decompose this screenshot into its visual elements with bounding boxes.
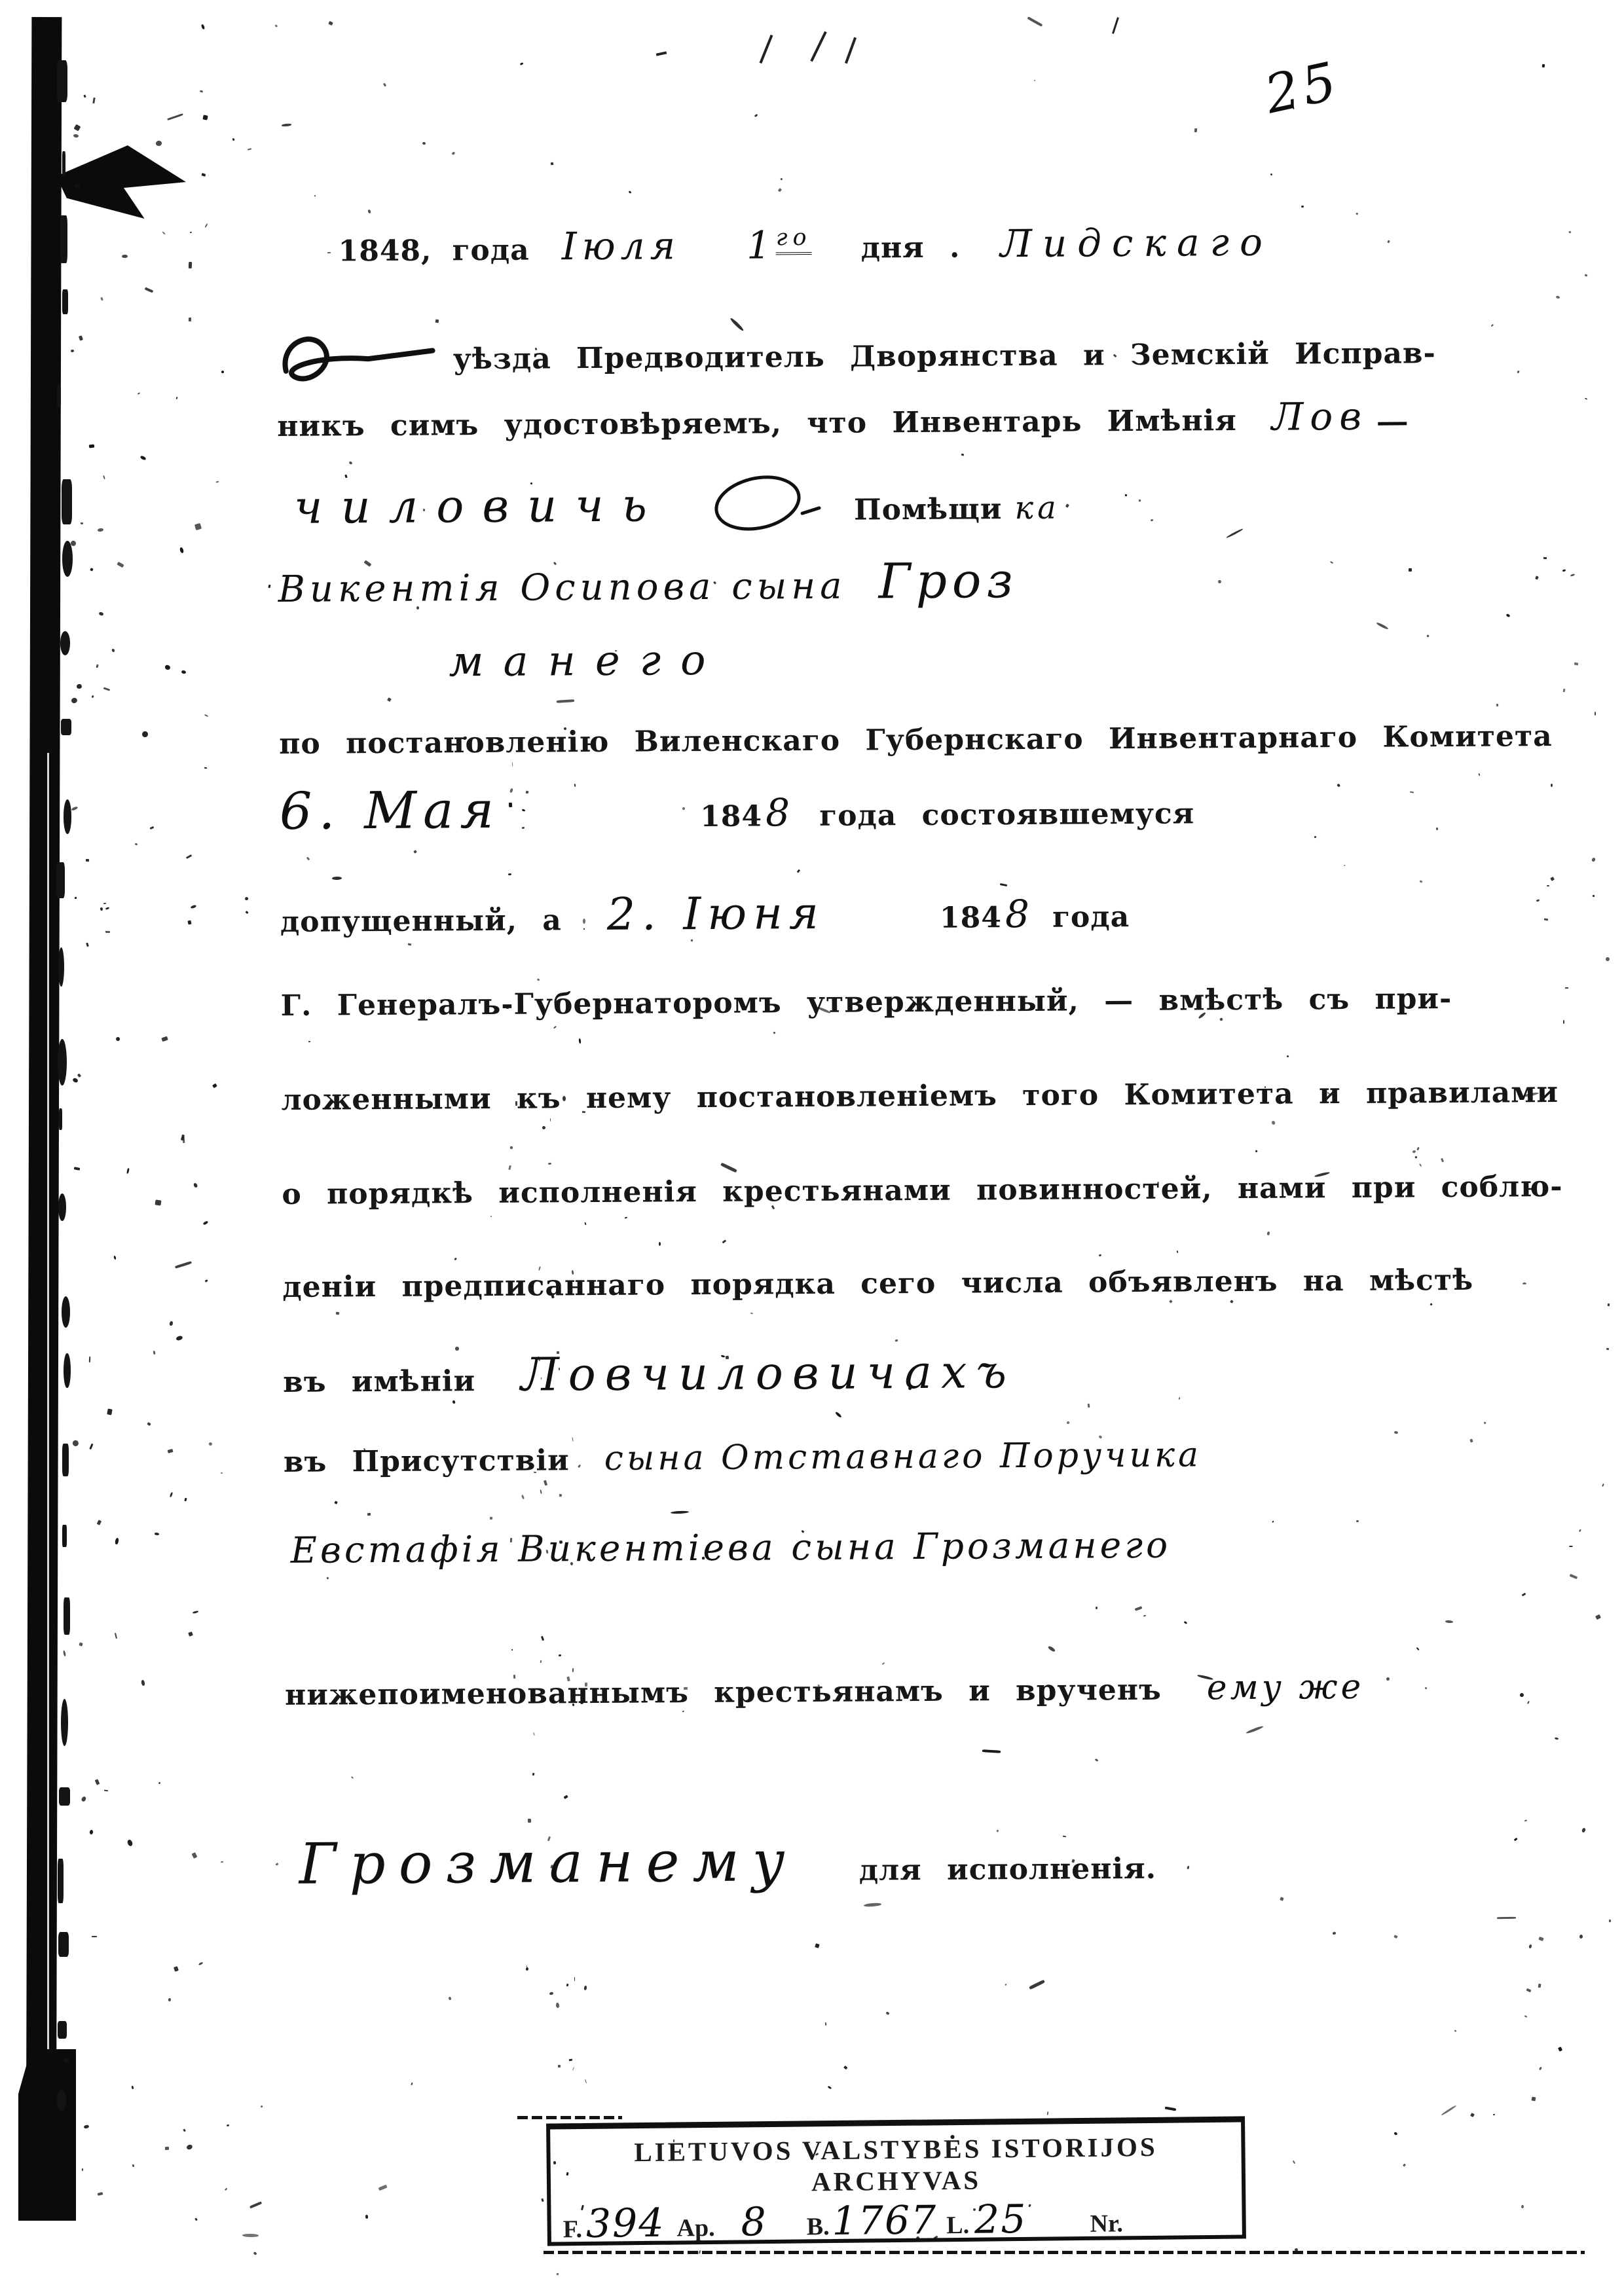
script-segment: Ловчиловичахъ — [521, 1349, 1016, 1398]
doc-line-3: никъ симъ удостовѣряемъ, что Инвентарь И… — [277, 397, 1407, 443]
doc-line-2: уѣзда Предводитель Дворянства и Земскій … — [276, 310, 1436, 390]
stamp-top-ink-smear — [517, 2116, 622, 2119]
script-segment: Викентія Осипова сына — [278, 568, 847, 608]
print-segment: ложенными къ нему постановленіемъ того К… — [281, 1077, 1559, 1116]
stamp-lapas-label: L. — [946, 2211, 969, 2240]
print-segment: 184 — [940, 902, 1002, 934]
pen-dash — [1378, 422, 1407, 425]
doc-line-17: нижепоименованнымъ крестьянамъ и врученъ… — [285, 1670, 1365, 1711]
doc-line-11: ложенными къ нему постановленіемъ того К… — [281, 1077, 1559, 1116]
stamp-title: LIETUVOS VALSTYBĖS ISTORIJOS ARCHYVAS — [550, 2130, 1242, 2200]
print-segment: нижепоименованнымъ крестьянамъ и врученъ — [285, 1675, 1162, 1712]
script-segment: Іюля — [562, 227, 681, 265]
stamp-byla-value: 1767 — [832, 2197, 937, 2244]
print-segment: года — [452, 235, 529, 267]
script-segment: 6. Мая — [280, 785, 501, 837]
pen-flourish — [276, 316, 441, 390]
print-segment: 1848, — [338, 236, 432, 268]
ink-oval-mark — [710, 470, 822, 536]
script-segment: Грозманему — [299, 1833, 798, 1893]
stamp-fond-value: 394 — [586, 2200, 665, 2247]
script-segment: 1го — [747, 226, 812, 264]
scanned-document-page: 25 1848, года Іюля 1го дня . Лидскаго уѣ… — [0, 0, 1624, 2296]
print-segment: года — [1052, 902, 1130, 934]
bottom-ink-line — [544, 2251, 1585, 2254]
doc-line-14: въ имѣніи Ловчиловичахъ — [283, 1349, 1016, 1399]
print-segment: по постановленію Виленскаго Губернскаго … — [279, 721, 1553, 760]
page-number: 25 — [1259, 50, 1345, 125]
print-segment: допущенный, а — [280, 905, 562, 938]
stamp-fond-label: F. — [563, 2215, 583, 2244]
doc-line-9: допущенный, а 2. Іюня 184 8 года — [280, 890, 1130, 939]
stamp-apyrasas-value: 8 — [741, 2199, 767, 2245]
stamp-reference-row: F. 394 Ap. 8 B. 1767 L. 25 Nr. — [563, 2194, 1242, 2247]
ordinal-superscript: го — [776, 225, 812, 255]
doc-line-13: деніи предписаннаго порядка сего числа о… — [282, 1265, 1473, 1304]
doc-line-12: о порядкѣ исполненія крестьянами повинно… — [282, 1171, 1562, 1211]
print-segment: въ Присутствіи — [284, 1445, 570, 1478]
doc-line-7: по постановленію Виленскаго Губернскаго … — [279, 721, 1553, 760]
script-segment: Лов — [1272, 397, 1368, 436]
archive-stamp: LIETUVOS VALSTYBĖS ISTORIJOS ARCHYVAS F.… — [546, 2116, 1246, 2246]
script-segment: Гроз — [878, 556, 1018, 606]
doc-line-8: 6. Мая 184 8 года состоявшемуся — [280, 780, 1195, 837]
script-segment: сына Отставнаго Поручика — [604, 1438, 1202, 1476]
script-segment: Лидскаго — [1000, 223, 1273, 263]
stamp-nr-label: Nr. — [1090, 2209, 1123, 2238]
script-segment: 8 — [1005, 895, 1029, 933]
script-segment: 2. Іюня — [607, 892, 825, 938]
doc-line-18: Грозманему для исполненія. — [299, 1831, 1156, 1893]
print-segment: въ имѣніи — [283, 1366, 475, 1398]
doc-line-6: манего — [449, 640, 726, 683]
print-segment: о порядкѣ исполненія крестьянами повинно… — [282, 1171, 1562, 1211]
stamp-apyrasas-label: Ap. — [676, 2214, 715, 2243]
doc-line-10: Г. Генералъ-Губернаторомъ утвержденный, … — [281, 983, 1452, 1022]
stamp-lapas-value: 25 — [974, 2196, 1027, 2243]
script-segment: чиловичь — [294, 482, 665, 530]
print-segment: Помѣщи — [854, 494, 1003, 526]
print-segment: деніи предписаннаго порядка сего числа о… — [282, 1265, 1473, 1304]
script-segment: ка — [1014, 492, 1060, 524]
script-segment: Евстафія Викентіева сына Грозманего — [291, 1527, 1172, 1569]
stamp-byla-label: B. — [807, 2212, 830, 2241]
doc-line-15: въ Присутствіи сына Отставнаго Поручика — [284, 1438, 1202, 1478]
script-segment: ему же — [1207, 1670, 1365, 1705]
doc-line-1: 1848, года Іюля 1го дня . Лидскаго — [338, 223, 1273, 268]
doc-line-5: Викентія Осипова сына Гроз — [278, 556, 1019, 610]
print-segment: года состоявшемуся — [819, 798, 1194, 832]
print-segment: дня . — [861, 232, 961, 264]
script-segment: манего — [449, 640, 726, 683]
print-segment: Г. Генералъ-Губернаторомъ утвержденный, … — [281, 983, 1452, 1022]
document-text: 25 1848, года Іюля 1го дня . Лидскаго уѣ… — [0, 0, 1624, 2296]
doc-line-4: чиловичь Помѣщи ка — [294, 469, 1060, 539]
print-segment: никъ симъ удостовѣряемъ, что Инвентарь И… — [277, 405, 1237, 443]
print-segment: уѣзда Предводитель Дворянства и Земскій … — [453, 338, 1436, 376]
print-segment: для исполненія. — [859, 1853, 1156, 1887]
print-segment: 184 — [700, 801, 762, 833]
doc-line-16: Евстафія Викентіева сына Грозманего — [291, 1527, 1172, 1569]
script-segment: 8 — [766, 793, 790, 831]
